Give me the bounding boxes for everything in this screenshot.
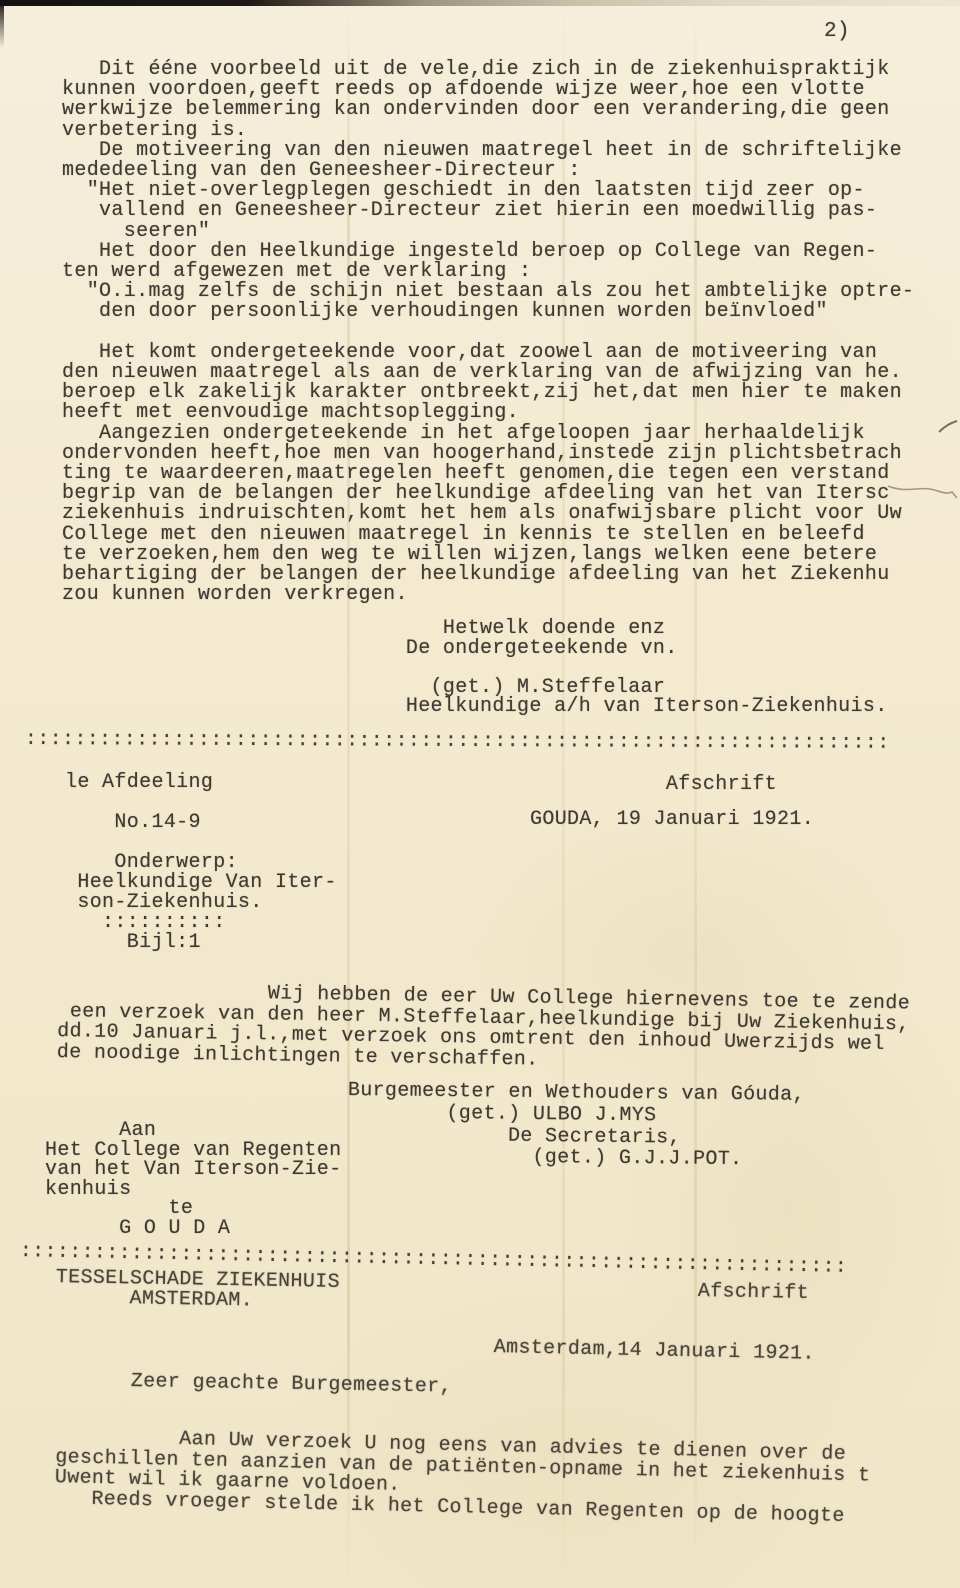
scanned-document-page: 2) Dit ééne voorbeeld uit de vele,die zi… [0, 0, 960, 1588]
forwarding-paragraph: Wij hebben de eer Uw College hiernevens … [57, 981, 910, 1077]
colon-separator-top: ::::::::::::::::::::::::::::::::::::::::… [25, 728, 890, 755]
signature-block-gouda: Burgemeester en Wethouders van Góuda, (g… [347, 1080, 805, 1172]
letter-body-text: Dit ééne voorbeeld uit de vele,die zich … [62, 60, 914, 605]
ink-smudge-mark [936, 418, 960, 436]
letter-closing-signature: Hetwelk doende enz De ondergeteekende vn… [60, 619, 888, 717]
page-number: 2) [824, 20, 850, 43]
copy-label-amsterdam: Afschrift [698, 1280, 810, 1305]
advice-paragraph: Aan Uw verzoek U nog eens van advies te … [54, 1427, 871, 1527]
copy-header-gouda: Afschrift GOUDA, 19 Januari 1921. [530, 776, 814, 829]
tesselschade-letterhead: TESSELSCHADE ZIEKENHUIS AMSTERDAM. [55, 1268, 340, 1313]
address-block: Aan Het College van Regenten van het Van… [45, 1121, 341, 1239]
department-reference-block: le Afdeeling No.14-9 Onderwerp: Heelkund… [65, 773, 337, 953]
salutation: Zeer geachte Burgemeester, [131, 1370, 453, 1399]
scan-left-edge-artifact [0, 0, 4, 48]
dateline-amsterdam: Amsterdam,14 Januari 1921. [494, 1336, 816, 1366]
scan-top-edge-artifact [0, 0, 960, 6]
